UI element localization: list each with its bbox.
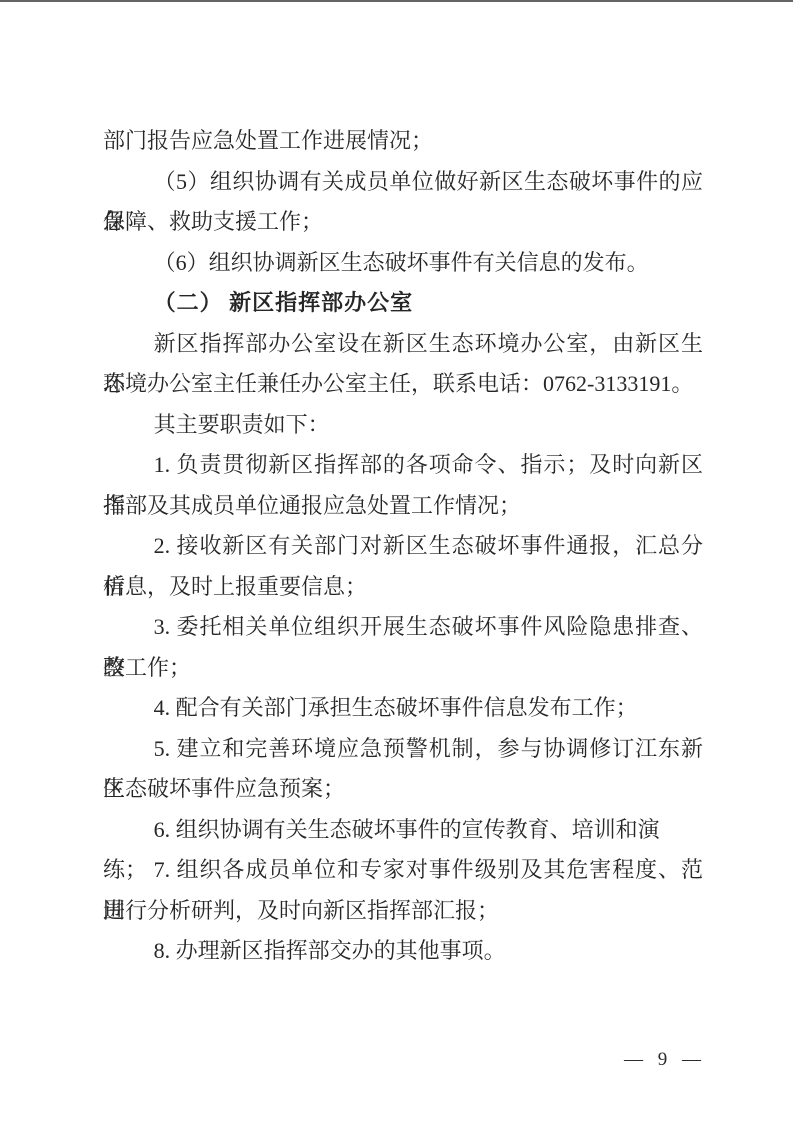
text-line: 新区指挥部办公室设在新区生态环境办公室，由新区生态 bbox=[103, 324, 703, 365]
text-line: （5）组织协调有关成员单位做好新区生态破坏事件的应急 bbox=[103, 162, 703, 203]
text-line: （6）组织协调新区生态破坏事件有关信息的发布。 bbox=[103, 243, 703, 284]
text-line: 4. 配合有关部门承担生态破坏事件信息发布工作； bbox=[103, 688, 703, 729]
text-line: 进行分析研判，及时向新区指挥部汇报； bbox=[103, 891, 703, 932]
document-page: 部门报告应急处置工作进展情况；（5）组织协调有关成员单位做好新区生态破坏事件的应… bbox=[0, 0, 793, 1121]
text-line: 8. 办理新区指挥部交办的其他事项。 bbox=[103, 931, 703, 972]
text-line: 部门报告应急处置工作进展情况； bbox=[103, 121, 703, 162]
scan-edge-artifact bbox=[0, 0, 793, 2]
text-line: 7. 组织各成员单位和专家对事件级别及其危害程度、范围 bbox=[103, 850, 703, 891]
text-line: 2. 接收新区有关部门对新区生态破坏事件通报，汇总分析 bbox=[103, 526, 703, 567]
text-line: 挥部及其成员单位通报应急处置工作情况； bbox=[103, 486, 703, 527]
text-line: 6. 组织协调有关生态破坏事件的宣传教育、培训和演练； bbox=[103, 810, 703, 851]
text-line: 其主要职责如下： bbox=[103, 405, 703, 446]
text-line: 信息，及时上报重要信息； bbox=[103, 567, 703, 608]
text-line: 保障、救助支援工作； bbox=[103, 202, 703, 243]
text-line: 环境办公室主任兼任办公室主任，联系电话：0762-3133191。 bbox=[103, 364, 703, 405]
page-number: — 9 — bbox=[624, 1049, 702, 1071]
text-line: 3. 委托相关单位组织开展生态破坏事件风险隐患排查、整 bbox=[103, 607, 703, 648]
text-line: 5. 建立和完善环境应急预警机制，参与协调修订江东新区 bbox=[103, 729, 703, 770]
text-line: 改工作； bbox=[103, 648, 703, 689]
text-line: 生态破坏事件应急预案； bbox=[103, 769, 703, 810]
text-line: 1. 负责贯彻新区指挥部的各项命令、指示；及时向新区指 bbox=[103, 445, 703, 486]
document-body: 部门报告应急处置工作进展情况；（5）组织协调有关成员单位做好新区生态破坏事件的应… bbox=[103, 121, 703, 972]
section-heading: （二） 新区指挥部办公室 bbox=[103, 283, 703, 324]
